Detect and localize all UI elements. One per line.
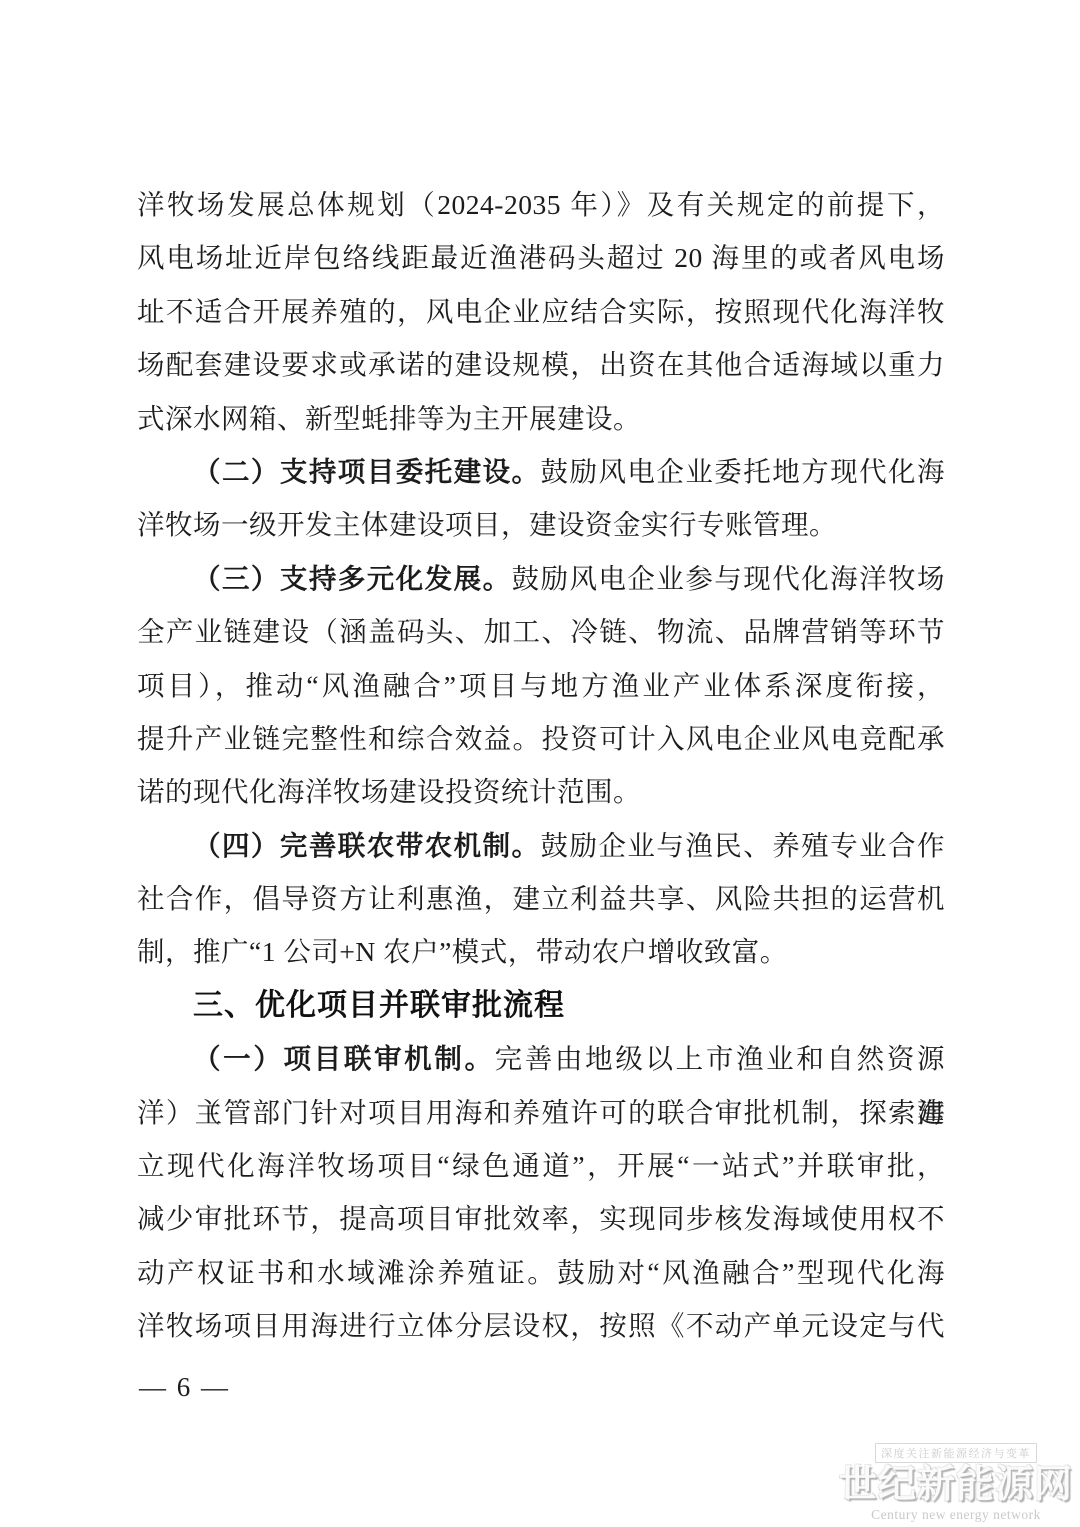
text-segment: （二）支持项目委托建设。 [193, 456, 541, 487]
text-segment: 洋牧场项目用海进行立体分层设权，按照《不动产单元设定与代 [137, 1310, 945, 1341]
text-line: 场配套建设要求或承诺的建设规模，出资在其他合适海域以重力 [137, 338, 945, 391]
page-number: — 6 — [139, 1372, 230, 1403]
watermark-tagline: 深度关注新能源经济与变革 [875, 1443, 1037, 1463]
text-segment: 鼓励风电企业委托地方现代化海 [541, 456, 945, 487]
text-segment: 洋牧场一级开发主体建设项目，建设资金实行专账管理。 [137, 509, 837, 540]
page-content: 洋牧场发展总体规划（2024-2035 年）》及有关规定的前提下，风电场址近岸包… [137, 178, 945, 1353]
text-segment: 鼓励企业与渔民、养殖专业合作 [541, 830, 945, 861]
text-line: 动产权证书和水域滩涂养殖证。鼓励对“风渔融合”型现代化海 [137, 1246, 945, 1299]
text-segment: 项目），推动“风渔融合”项目与地方渔业产业体系深度衔接， [137, 670, 945, 701]
text-segment: 提升产业链完整性和综合效益。投资可计入风电企业风电竞配承 [137, 723, 945, 754]
text-line: 制，推广“1 公司+N 农户”模式，带动农户增收致富。 [137, 925, 945, 978]
text-segment: （三）支持多元化发展。 [193, 563, 512, 594]
text-line: 项目），推动“风渔融合”项目与地方渔业产业体系深度衔接， [137, 659, 945, 712]
text-segment: 场配套建设要求或承诺的建设规模，出资在其他合适海域以重力 [137, 349, 945, 380]
text-segment: 减少审批环节，提高项目审批效率，实现同步核发海域使用权不 [137, 1203, 945, 1234]
text-line: 洋）主管部门针对项目用海和养殖许可的联合审批机制，探索建 [137, 1086, 945, 1139]
text-segment: 诺的现代化海洋牧场建设投资统计范围。 [137, 776, 641, 807]
text-line: 全产业链建设（涵盖码头、加工、冷链、物流、品牌营销等环节 [137, 605, 945, 658]
text-segment: （一）项目联审机制。 [193, 1043, 495, 1074]
text-segment: 立现代化海洋牧场项目“绿色通道”，开展“一站式”并联审批， [137, 1150, 945, 1181]
document-page: 洋牧场发展总体规划（2024-2035 年）》及有关规定的前提下，风电场址近岸包… [0, 0, 1080, 1527]
text-segment: 式深水网箱、新型蚝排等为主开展建设。 [137, 403, 641, 434]
text-line: 风电场址近岸包络线距最近渔港码头超过 20 海里的或者风电场 [137, 231, 945, 284]
text-line: 洋牧场一级开发主体建设项目，建设资金实行专账管理。 [137, 498, 945, 551]
text-segment: 三、优化项目并联审批流程 [193, 989, 565, 1022]
text-segment: 社合作，倡导资方让利惠渔，建立利益共享、风险共担的运营机 [137, 883, 945, 914]
text-line: 立现代化海洋牧场项目“绿色通道”，开展“一站式”并联审批， [137, 1139, 945, 1192]
text-line: 诺的现代化海洋牧场建设投资统计范围。 [137, 765, 945, 818]
watermark-title: 世纪新能源网 [838, 1465, 1074, 1507]
section-heading: 三、优化项目并联审批流程 [137, 979, 945, 1032]
text-segment: 洋）主管部门针对项目用海和养殖许可的联合审批机制，探索建 [137, 1097, 945, 1128]
text-line: 式深水网箱、新型蚝排等为主开展建设。 [137, 392, 945, 445]
text-line: （二）支持项目委托建设。鼓励风电企业委托地方现代化海 [137, 445, 945, 498]
text-segment: 全产业链建设（涵盖码头、加工、冷链、物流、品牌营销等环节 [137, 616, 945, 647]
text-segment: 动产权证书和水域滩涂养殖证。鼓励对“风渔融合”型现代化海 [137, 1257, 945, 1288]
text-segment: 址不适合开展养殖的，风电企业应结合实际，按照现代化海洋牧 [137, 296, 945, 327]
text-line: （三）支持多元化发展。鼓励风电企业参与现代化海洋牧场 [137, 552, 945, 605]
text-segment: 洋牧场发展总体规划（2024-2035 年）》及有关规定的前提下， [137, 189, 945, 220]
watermark: 深度关注新能源经济与变革 世纪新能源网 Century new energy n… [838, 1443, 1074, 1523]
text-line: （一）项目联审机制。完善由地级以上市渔业和自然资源（海 [137, 1032, 945, 1085]
text-line: （四）完善联农带农机制。鼓励企业与渔民、养殖专业合作 [137, 819, 945, 872]
text-line: 址不适合开展养殖的，风电企业应结合实际，按照现代化海洋牧 [137, 285, 945, 338]
text-line: 社合作，倡导资方让利惠渔，建立利益共享、风险共担的运营机 [137, 872, 945, 925]
text-segment: 风电场址近岸包络线距最近渔港码头超过 20 海里的或者风电场 [137, 242, 945, 273]
text-line: 提升产业链完整性和综合效益。投资可计入风电企业风电竞配承 [137, 712, 945, 765]
text-line: 洋牧场发展总体规划（2024-2035 年）》及有关规定的前提下， [137, 178, 945, 231]
watermark-subtitle: Century new energy network [838, 1507, 1074, 1523]
text-line: 减少审批环节，提高项目审批效率，实现同步核发海域使用权不 [137, 1192, 945, 1245]
text-segment: （四）完善联农带农机制。 [193, 830, 541, 861]
text-segment: 鼓励风电企业参与现代化海洋牧场 [512, 563, 945, 594]
text-segment: 制，推广“1 公司+N 农户”模式，带动农户增收致富。 [137, 936, 788, 967]
text-line: 洋牧场项目用海进行立体分层设权，按照《不动产单元设定与代 [137, 1299, 945, 1352]
